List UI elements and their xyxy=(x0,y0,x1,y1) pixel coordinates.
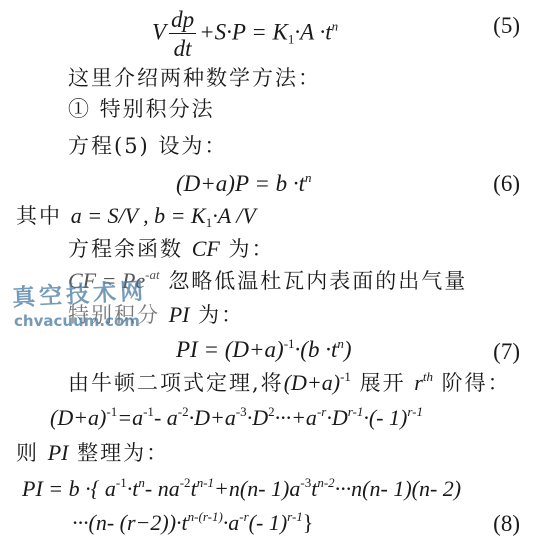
where-tail: ·A /V xyxy=(212,203,256,228)
eq8-l2-s3: r-1 xyxy=(287,509,303,524)
eq8-l2-p3: (- 1) xyxy=(249,510,287,535)
eq8-l1-s1: -1 xyxy=(116,475,127,490)
eq8-l1-s3: -2 xyxy=(180,475,191,490)
eq8-l2-p1: ···(n- (r−2))·t xyxy=(72,510,188,535)
cf-label-math: CF xyxy=(192,236,220,261)
equation-number-8: (8) xyxy=(493,512,520,535)
exp-p7: ·D xyxy=(326,405,347,430)
binomial-suffix: 阶得： xyxy=(442,371,511,395)
cf-label-prefix: 方程余函数 xyxy=(68,237,183,261)
equation-7: PI = (D+a)-1·(b ·tn) xyxy=(176,338,352,361)
eq7-part2: ·(b ·t xyxy=(295,337,338,362)
eq8-l2-s2: -r xyxy=(239,509,248,524)
eq8-l1-s5: -3 xyxy=(300,475,311,490)
equation-number-5: (5) xyxy=(493,14,520,37)
exp-s2: -1 xyxy=(143,404,154,419)
binomial-sentence: 由牛顿二项式定理,将(D+a)-1 展开 rth 阶得： xyxy=(68,372,511,394)
eq5-fraction: dpdt xyxy=(169,8,196,60)
exp-p5: ·D xyxy=(247,405,268,430)
exp-p8: ·(- 1) xyxy=(363,405,407,430)
eq5-sup: n xyxy=(332,18,339,33)
exp-s4: -3 xyxy=(236,404,247,419)
eq7-part1: PI = (D+a) xyxy=(176,337,284,362)
binomial-mid: 展开 xyxy=(360,371,406,395)
exp-s6: -r xyxy=(317,404,326,419)
equation-8-line-2: ···(n- (r−2))·tn-(r-1)·a-r(- 1)r-1} xyxy=(72,512,313,534)
binomial-th: th xyxy=(423,369,433,384)
where-math: a = S/V , b = K xyxy=(71,203,206,228)
binomial-sup: -1 xyxy=(340,369,351,384)
exp-p2: =a xyxy=(117,405,143,430)
exp-s1: -1 xyxy=(106,404,117,419)
cf-sup: -at xyxy=(145,267,159,282)
pi-label-suffix: 为： xyxy=(198,303,244,327)
eq8-l2-p4: } xyxy=(303,510,314,535)
watermark-logo: 真空技术网 xyxy=(11,272,148,312)
cf-note: 忽略低温杜瓦内表面的出气量 xyxy=(168,269,467,293)
eq5-denominator: dt xyxy=(169,34,196,60)
eq5-rhs: ·A ·t xyxy=(294,19,331,44)
binomial-math: (D+a) xyxy=(284,370,340,395)
eq8-l2-p2: ·a xyxy=(223,510,240,535)
eq8-l1-p5: +n(n- 1)a xyxy=(214,476,300,501)
method-1-heading: ① 特别积分法 xyxy=(68,99,215,120)
cf-label: 方程余函数 CF 为： xyxy=(68,238,275,260)
exp-s8: r-1 xyxy=(407,404,423,419)
equation-8-line-1: PI = b ·{ a-1·tn- na-2tn-1+n(n- 1)a-3tn-… xyxy=(22,478,461,500)
eq8-l1-p7: ···n(n- 1)(n- 2) xyxy=(335,476,461,501)
equation-5: Vdpdt+S·P = K1·A ·tn xyxy=(152,8,338,60)
eq8-l1-s4: n-1 xyxy=(197,475,214,490)
eq8-l1-s6: n-2 xyxy=(317,475,334,490)
eq5-setup-text: 方程(5) 设为： xyxy=(68,136,227,157)
then-math: PI xyxy=(48,440,69,465)
eq5-v: V xyxy=(152,19,166,44)
then-suffix: 整理为： xyxy=(77,441,169,465)
eq8-l1-p1: PI = b ·{ a xyxy=(22,476,116,501)
eq8-l1-p2: ·t xyxy=(127,476,139,501)
eq8-l1-p3: - na xyxy=(145,476,180,501)
equation-6: (D+a)P = b ·tn xyxy=(176,172,312,195)
eq6-sup: n xyxy=(305,170,312,185)
cf-label-suffix: 为： xyxy=(229,237,275,261)
where-prefix: 其中 xyxy=(16,204,62,228)
eq6-body: (D+a)P = b ·t xyxy=(176,171,305,196)
exp-p4: ·D+a xyxy=(189,405,236,430)
eq7-sup1: -1 xyxy=(284,336,295,351)
binomial-expansion: (D+a)-1=a-1- a-2·D+a-3·D2···+a-r·Dr-1·(-… xyxy=(50,407,423,429)
binomial-r: r xyxy=(414,370,423,395)
equation-number-7: (7) xyxy=(493,340,520,363)
equation-number-6: (6) xyxy=(493,172,520,195)
binomial-prefix: 由牛顿二项式定理,将 xyxy=(68,371,284,395)
exp-p1: (D+a) xyxy=(50,405,106,430)
then-pi-label: 则 PI 整理为： xyxy=(16,442,169,464)
intro-text: 这里介绍两种数学方法： xyxy=(68,68,321,89)
eq8-l2-s1: n-(r-1) xyxy=(188,509,223,524)
exp-s7: r-1 xyxy=(348,404,364,419)
where-definition: 其中 a = S/V , b = K1·A /V xyxy=(16,205,256,227)
eq5-mid: +S·P = K xyxy=(199,19,288,44)
exp-p6: ···+a xyxy=(275,405,317,430)
then-prefix: 则 xyxy=(16,441,39,465)
watermark-url: chvacuum.com xyxy=(14,312,140,330)
eq5-numerator: dp xyxy=(169,8,196,34)
exp-p3: - a xyxy=(154,405,178,430)
exp-s3: -2 xyxy=(178,404,189,419)
eq7-part3: ) xyxy=(344,337,352,362)
pi-label-math: PI xyxy=(169,302,190,327)
